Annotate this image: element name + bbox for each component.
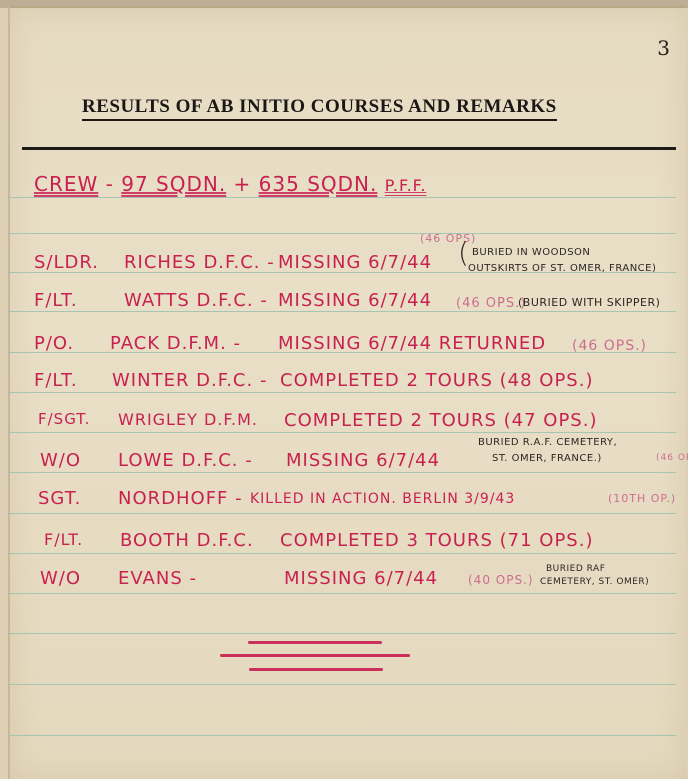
entry-remark-1: Buried R.A.F. Cemetery,	[478, 436, 617, 449]
ruled-line	[8, 472, 676, 473]
entry-ops: (10th Op.)	[608, 492, 676, 505]
entry-status: Missing 6/7/44	[284, 568, 438, 589]
ruled-line	[8, 684, 676, 685]
ruled-line	[8, 553, 676, 554]
entry-status: Missing 6/7/44	[286, 450, 440, 471]
ruled-line	[8, 311, 676, 312]
title-pff: P.F.F.	[385, 176, 427, 195]
title-and: +	[234, 172, 252, 196]
entry-name: Lowe D.F.C. -	[118, 450, 253, 471]
entry-name: Winter D.F.C. -	[112, 370, 267, 391]
page-number: 3	[657, 36, 670, 60]
entry-status: Missing 6/7/44 Returned	[278, 333, 546, 354]
entry-name: Evans -	[118, 568, 197, 589]
entry-status: Missing 6/7/44	[278, 290, 432, 311]
entry-status: Completed 2 tours (47 Ops.)	[284, 410, 597, 431]
entry-name: Wrigley D.F.M.	[118, 410, 258, 429]
end-rule-bottom	[249, 668, 383, 671]
entry-ops: (46 Ops.)	[456, 296, 526, 311]
entry-remark-1: Buried RAF	[546, 563, 605, 576]
title-squadron-97: 97 Sqdn.	[121, 172, 226, 196]
heading-rule	[22, 147, 676, 150]
entry-remark-2: outskirts of St. Omer, France)	[468, 262, 656, 275]
entry-remark-1: (Buried with Skipper)	[518, 296, 660, 309]
ruled-line	[8, 233, 676, 234]
end-rule-top	[248, 641, 382, 644]
page-heading: RESULTS OF AB INITIO COURSES AND REMARKS	[82, 96, 557, 121]
entry-ops: (46 Ops)	[656, 453, 688, 463]
entry-name: Booth D.F.C.	[120, 530, 254, 551]
bracket-icon: (	[458, 246, 469, 259]
entry-rank: F/Lt.	[34, 370, 78, 391]
ruled-line	[8, 197, 676, 198]
ruled-line	[8, 633, 676, 634]
ruled-line	[8, 392, 676, 393]
entry-status: Killed in action. Berlin 3/9/43	[250, 491, 515, 507]
title-dash: -	[106, 172, 114, 196]
entry-rank: S/Ldr.	[34, 252, 99, 273]
entry-rank: Sgt.	[38, 488, 81, 509]
crew-title: Crew - 97 Sqdn. + 635 Sqdn. P.F.F.	[34, 172, 426, 196]
title-squadron-635: 635 Sqdn.	[259, 172, 378, 196]
entry-rank: W/O	[40, 450, 81, 471]
entry-rank: P/O.	[34, 333, 74, 354]
ruled-line	[8, 593, 676, 594]
entry-remark-2: St. Omer, France.)	[492, 452, 602, 465]
entry-name: Riches D.F.C. -	[124, 252, 275, 273]
entry-status: Completed 3 tours (71 Ops.)	[280, 530, 593, 551]
entry-status: Completed 2 tours (48 Ops.)	[280, 370, 593, 391]
entry-rank: F/Sgt.	[38, 410, 90, 428]
end-rule-middle	[220, 654, 410, 657]
entry-name: Watts D.F.C. -	[124, 290, 268, 311]
entry-rank: F/Lt.	[34, 290, 78, 311]
entry-name: Nordhoff -	[118, 488, 243, 509]
entry-rank: F/Lt.	[44, 530, 83, 549]
entry-remark-2: Cemetery, St. Omer)	[540, 576, 649, 589]
entry-rank: W/O	[40, 568, 81, 589]
entry-ops: (46 Ops.)	[572, 338, 647, 354]
entry-name: Pack D.F.M. -	[110, 333, 241, 354]
entry-status: Missing 6/7/44	[278, 252, 432, 273]
entry-ops: (40 Ops.)	[468, 573, 534, 587]
entry-remark-1: Buried in Woodson	[472, 246, 590, 259]
ruled-line	[8, 513, 676, 514]
ruled-line	[8, 735, 676, 736]
title-crew: Crew	[34, 172, 98, 196]
ruled-line	[8, 432, 676, 433]
